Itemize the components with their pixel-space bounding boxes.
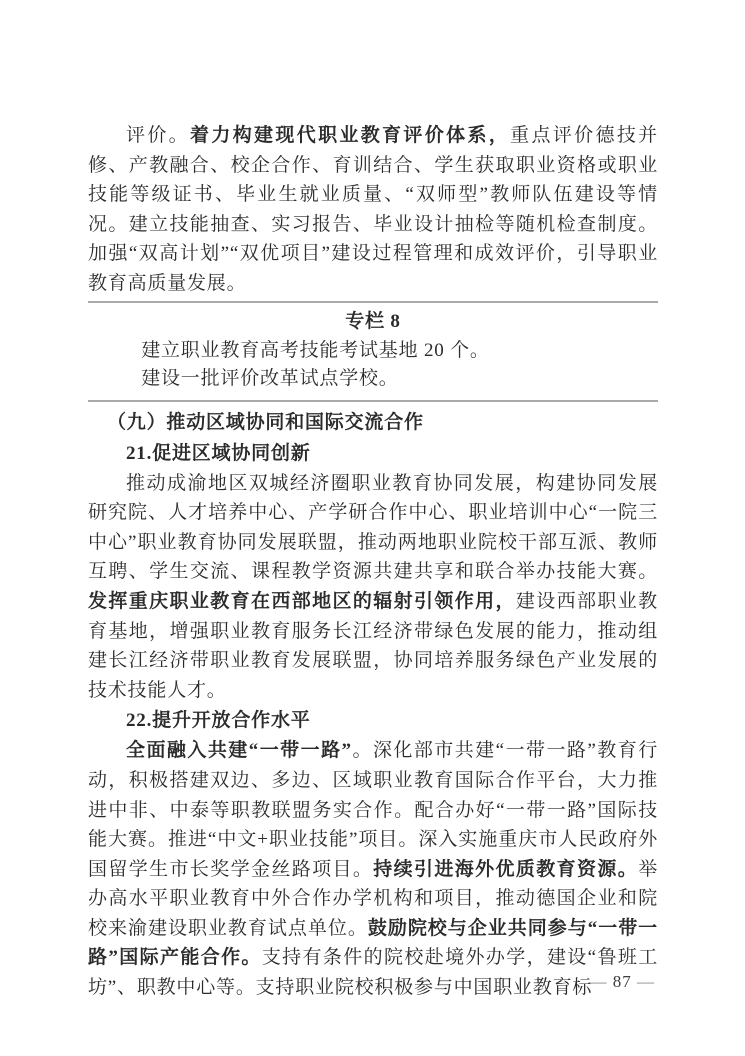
column-box-item: 建立职业教育高考技能考试基地 20 个。 — [88, 337, 658, 366]
document-page: 评价。着力构建现代职业教育评价体系，重点评价德技并修、产教融合、校企合作、育训结… — [0, 0, 745, 1056]
page-number-left-dash: — — [590, 972, 608, 991]
body-paragraph-22: 全面融入共建“一带一路”。深化部市共建“一带一路”教育行动，积极搭建双边、多边、… — [88, 736, 658, 1002]
body-paragraph-evaluation: 评价。着力构建现代职业教育评价体系，重点评价德技并修、产教融合、校企合作、育训结… — [88, 121, 658, 299]
page-content: 评价。着力构建现代职业教育评价体系，重点评价德技并修、产教融合、校企合作、育训结… — [88, 121, 658, 1003]
column-box-title: 专栏 8 — [88, 307, 658, 337]
column-box-8: 专栏 8 建立职业教育高考技能考试基地 20 个。 建设一批评价改革试点学校。 — [88, 301, 658, 402]
page-number: — 87 — — [590, 972, 656, 992]
sub-heading-21: 21.促进区域协同创新 — [88, 439, 658, 469]
sub-heading-22: 22.提升开放合作水平 — [88, 706, 658, 736]
section-heading-9: （九）推动区域协同和国际交流合作 — [88, 408, 658, 438]
page-number-value: 87 — [613, 972, 632, 991]
body-paragraph-21: 推动成渝地区双城经济圈职业教育协同发展，构建协同发展研究院、人才培养中心、产学研… — [88, 469, 658, 706]
page-number-right-dash: — — [637, 972, 655, 991]
column-box-item: 建设一批评价改革试点学校。 — [88, 365, 658, 394]
